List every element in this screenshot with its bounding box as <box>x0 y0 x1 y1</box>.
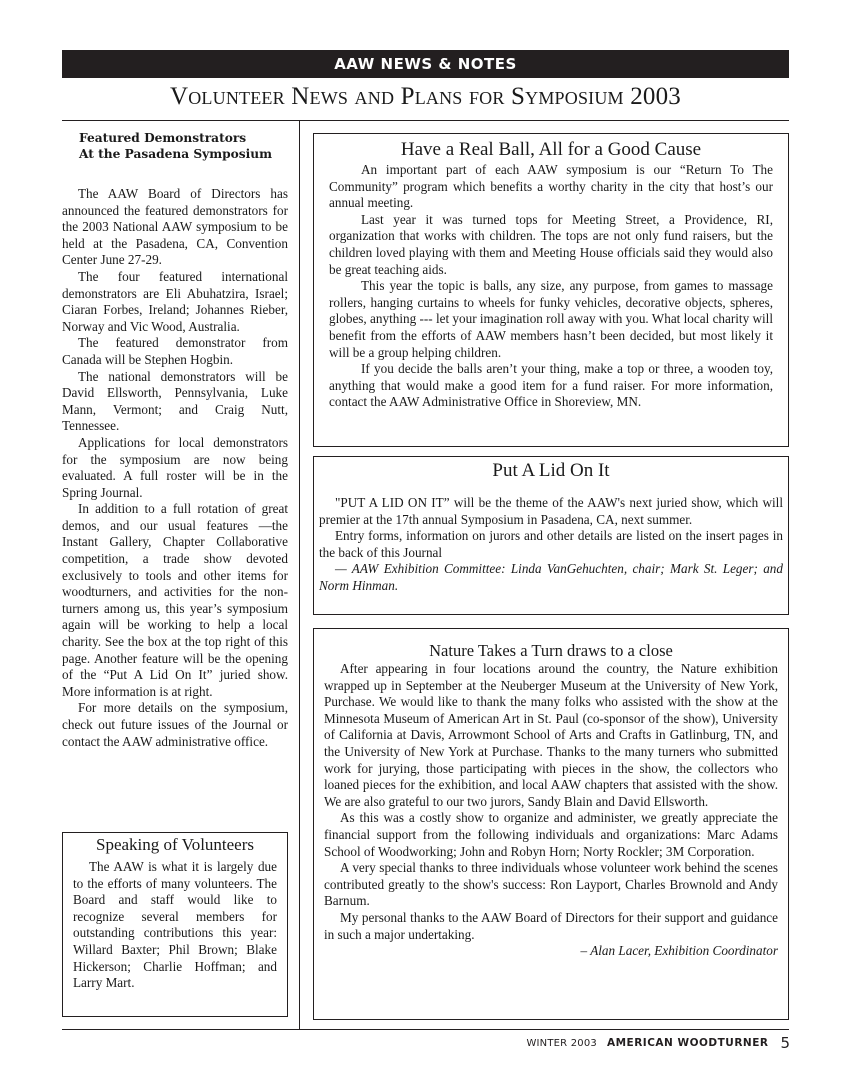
page-title: Volunteer News and Plans for Symposium 2… <box>62 83 789 111</box>
box-title: Speaking of Volunteers <box>73 835 277 855</box>
box-paragraph: My personal thanks to the AAW Board of D… <box>324 910 778 943</box>
subhead-line-1: Featured Demonstrators <box>79 130 288 146</box>
box-paragraph: As this was a costly show to organize an… <box>324 810 778 860</box>
box-paragraph: An important part of each AAW symposium … <box>329 162 773 212</box>
column-divider <box>299 120 300 1030</box>
speaking-of-volunteers-box: Speaking of Volunteers The AAW is what i… <box>62 832 288 1017</box>
box-title: Put A Lid On It <box>319 459 783 483</box>
box-paragraph: If you decide the balls aren’t your thin… <box>329 361 773 411</box>
issue-label: WINTER 2003 <box>526 1038 597 1049</box>
nature-takes-a-turn-box: Nature Takes a Turn draws to a close Aft… <box>313 628 789 1020</box>
banner-label: AAW NEWS & NOTES <box>334 55 517 73</box>
box-paragraph: Entry forms, information on jurors and o… <box>319 528 783 561</box>
article-paragraph: The featured demonstrator from Canada wi… <box>62 335 288 368</box>
article-paragraph: Applications for local demonstrators for… <box>62 435 288 501</box>
page-number: 5 <box>780 1034 790 1052</box>
top-rule-divider <box>62 120 789 121</box>
subhead-line-2: At the Pasadena Symposium <box>79 146 288 162</box>
section-banner: AAW NEWS & NOTES <box>62 50 789 78</box>
box-paragraph: The AAW is what it is largely due to the… <box>73 859 277 992</box>
box-signature: — AAW Exhibition Committee: Linda VanGeh… <box>319 561 783 594</box>
page-footer: WINTER 2003 AMERICAN WOODTURNER 5 <box>526 1033 790 1053</box>
bottom-rule-divider <box>62 1029 789 1030</box>
box-title: Have a Real Ball, All for a Good Cause <box>329 138 773 162</box>
article-paragraph: The four featured international demonstr… <box>62 269 288 335</box>
article-paragraph: The national demonstrators will be David… <box>62 369 288 435</box>
box-paragraph: A very special thanks to three individua… <box>324 860 778 910</box>
box-title: Nature Takes a Turn draws to a close <box>324 641 778 661</box>
article-paragraph: For more details on the symposium, check… <box>62 700 288 750</box>
box-signature: – Alan Lacer, Exhibition Coordinator <box>324 943 778 960</box>
real-ball-box: Have a Real Ball, All for a Good Cause A… <box>313 133 789 447</box>
magazine-name: AMERICAN WOODTURNER <box>607 1037 768 1049</box>
featured-demonstrators-article: Featured Demonstrators At the Pasadena S… <box>62 130 288 750</box>
box-paragraph: After appearing in four locations around… <box>324 661 778 810</box>
article-subhead: Featured Demonstrators At the Pasadena S… <box>62 130 288 162</box>
box-paragraph: This year the topic is balls, any size, … <box>329 278 773 361</box>
put-a-lid-on-it-box: Put A Lid On It "PUT A LID ON IT” will b… <box>313 456 789 615</box>
box-paragraph: Last year it was turned tops for Meeting… <box>329 212 773 278</box>
article-paragraph: In addition to a full rotation of great … <box>62 501 288 700</box>
box-paragraph: "PUT A LID ON IT” will be the theme of t… <box>319 495 783 528</box>
article-paragraph: The AAW Board of Directors has announced… <box>62 186 288 269</box>
